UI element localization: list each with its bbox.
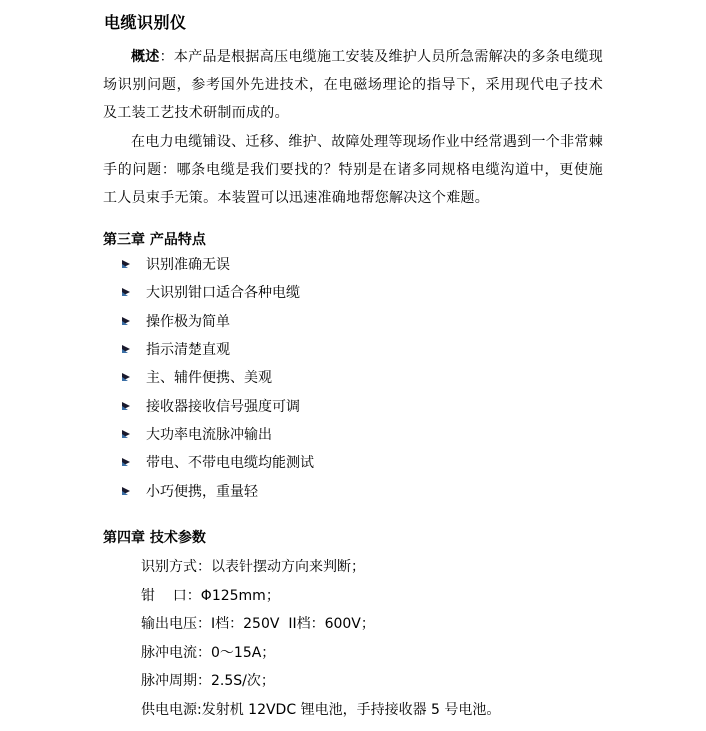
feature-item: 大识别钳口适合各种电缆 (122, 278, 314, 306)
arrow-bullet-icon (122, 317, 130, 325)
spec-list: 识别方式：以表针摆动方向来判断； 钳 口：Φ125mm； 输出电压：I档：250… (141, 552, 500, 723)
spec-item: 脉冲电流：0～15A； (141, 638, 500, 667)
feature-text: 小巧便携，重量轻 (146, 481, 258, 501)
feature-text: 大功率电流脉冲输出 (146, 424, 272, 444)
overview-text: 本产品是根据高压电缆施工安装及维护人员所急需解决的多条电缆现场识别问题，参考国外… (103, 49, 603, 121)
feature-item: 大功率电流脉冲输出 (122, 420, 314, 448)
arrow-bullet-icon (122, 345, 130, 353)
arrow-bullet-icon (122, 487, 130, 495)
spec-item: 识别方式：以表针摆动方向来判断； (141, 552, 500, 581)
feature-text: 主、辅件便携、美观 (146, 367, 272, 387)
feature-item: 接收器接收信号强度可调 (122, 391, 314, 419)
feature-item: 小巧便携，重量轻 (122, 476, 314, 504)
chapter3-heading: 第三章 产品特点 (103, 230, 206, 250)
arrow-bullet-icon (122, 260, 130, 268)
feature-list: 识别准确无误 大识别钳口适合各种电缆 操作极为简单 指示清楚直观 主、辅件便携、… (122, 250, 314, 505)
feature-item: 操作极为简单 (122, 307, 314, 335)
feature-item: 主、辅件便携、美观 (122, 363, 314, 391)
overview-colon: ： (160, 49, 174, 65)
feature-text: 接收器接收信号强度可调 (146, 396, 300, 416)
spec-item: 输出电压：I档：250V II档：600V； (141, 609, 500, 638)
feature-item: 带电、不带电电缆均能测试 (122, 448, 314, 476)
feature-text: 指示清楚直观 (146, 339, 230, 359)
arrow-bullet-icon (122, 288, 130, 296)
overview-lead: 概述 (131, 49, 160, 65)
arrow-bullet-icon (122, 402, 130, 410)
chapter4-heading: 第四章 技术参数 (103, 528, 206, 548)
spec-item: 脉冲周期：2.5S/次； (141, 666, 500, 695)
arrow-bullet-icon (122, 458, 130, 466)
feature-item: 指示清楚直观 (122, 335, 314, 363)
feature-text: 操作极为简单 (146, 311, 230, 331)
spec-item: 供电电源:发射机 12VDC 锂电池，手持接收器 5 号电池。 (141, 695, 500, 724)
overview-paragraph: 概述：本产品是根据高压电缆施工安装及维护人员所急需解决的多条电缆现场识别问题，参… (103, 43, 603, 127)
spec-item: 钳 口：Φ125mm； (141, 581, 500, 610)
document-title: 电缆识别仪 (104, 12, 187, 34)
arrow-bullet-icon (122, 430, 130, 438)
feature-text: 带电、不带电电缆均能测试 (146, 452, 314, 472)
feature-text: 大识别钳口适合各种电缆 (146, 282, 300, 302)
arrow-bullet-icon (122, 373, 130, 381)
problem-text: 在电力电缆铺设、迁移、维护、故障处理等现场作业中经常遇到一个非常棘手的问题：哪条… (103, 134, 603, 206)
feature-text: 识别准确无误 (146, 254, 230, 274)
feature-item: 识别准确无误 (122, 250, 314, 278)
problem-paragraph: 在电力电缆铺设、迁移、维护、故障处理等现场作业中经常遇到一个非常棘手的问题：哪条… (103, 128, 603, 212)
